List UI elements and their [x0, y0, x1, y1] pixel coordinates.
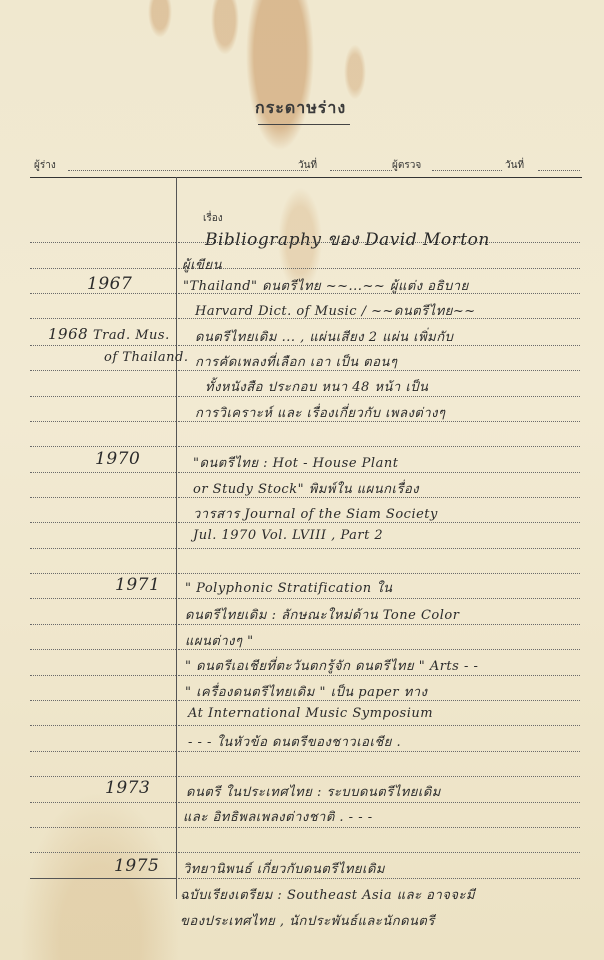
entry-line: ทั้งหนังสือ ประกอบ หนา 48 หน้า เป็น	[205, 376, 428, 397]
entry-year: 1973	[105, 778, 150, 798]
entry-line: แผนต่างๆ "	[185, 630, 254, 651]
entry-line: At International Music Symposium	[188, 706, 433, 721]
title-underline	[258, 124, 350, 125]
date-field-2	[538, 170, 580, 171]
entry-line: วิทยานิพนธ์ เกี่ยวกับดนตรีไทยเดิม	[183, 858, 385, 879]
checker-field	[432, 170, 502, 171]
entry-line: Jul. 1970 Vol. LVIII , Part 2	[193, 528, 383, 543]
entry-line: "ดนตรีไทย : Hot - House Plant	[193, 452, 398, 473]
entry-line: การคัดเพลงที่เลือก เอา เป็น ตอนๆ	[195, 351, 397, 372]
entry-line: และ อิทธิพลเพลงต่างชาติ . - - -	[183, 806, 373, 827]
document-subheading: ผู้เขียน	[182, 254, 222, 275]
checker-label: ผู้ตรวจ	[392, 158, 421, 173]
date-field-1	[330, 170, 392, 171]
entry-year: 1968	[48, 325, 88, 343]
form-header: ผู้ร่าง วันที่ ผู้ตรวจ วันที่	[0, 158, 604, 174]
entry-line: - - - ในหัวข้อ ดนตรีของชาวเอเชีย .	[188, 731, 401, 752]
drafter-field	[68, 170, 308, 171]
entry-line: ฉบับเรียงเตรียม : Southeast Asia และ อาจ…	[180, 884, 475, 905]
date-label-1: วันที่	[298, 158, 317, 173]
entry-line: " เครื่องดนตรีไทยเดิม " เป็น paper ทาง	[185, 681, 427, 702]
entry-line: ดนตรี ในประเทศไทย : ระบบดนตรีไทยเดิม	[186, 781, 441, 802]
header-divider	[30, 177, 582, 178]
entry-year: 1970	[95, 449, 140, 469]
entry-line: "Thailand" ดนตรีไทย ~~...~~ ผู้แต่ง อธิบ…	[183, 275, 469, 296]
entry-side-note: Trad. Mus.	[93, 328, 170, 343]
entry-line: ดนตรีไทยเดิม : ลักษณะใหม่ด้าน Tone Color	[185, 604, 459, 625]
entry-year: 1967	[87, 274, 132, 294]
subject-label: เรื่อง	[203, 211, 223, 226]
entry-year: 1975	[114, 856, 159, 876]
drafter-label: ผู้ร่าง	[34, 158, 56, 173]
entry-line: or Study Stock" พิมพ์ใน แผนกเรื่อง	[193, 478, 419, 499]
entry-side-note: of Thailand.	[104, 350, 188, 365]
entry-line: Harvard Dict. of Music / ~~ดนตรีไทย~~	[195, 300, 476, 321]
date-label-2: วันที่	[505, 158, 524, 173]
entry-line: ดนตรีไทยเดิม ... , แผ่นเสียง 2 แผ่น เพิ่…	[195, 326, 453, 347]
entry-line: วารสาร Journal of the Siam Society	[193, 503, 438, 524]
entry-line: " ดนตรีเอเชียที่ตะวันตกรู้จัก ดนตรีไทย "…	[185, 655, 478, 676]
entry-line: " Polyphonic Stratification ใน	[185, 577, 393, 598]
form-title: กระดาษร่าง	[255, 96, 346, 121]
entry-year: 1971	[115, 575, 160, 595]
entry-line: การวิเคราะห์ และ เรื่องเกี่ยวกับ เพลงต่า…	[195, 402, 446, 423]
column-divider	[176, 177, 177, 899]
entry-line: ของประเทศไทย , นักประพันธ์และนักดนตรี	[180, 910, 435, 931]
document-heading: Bibliography ของ David Morton	[205, 226, 490, 253]
